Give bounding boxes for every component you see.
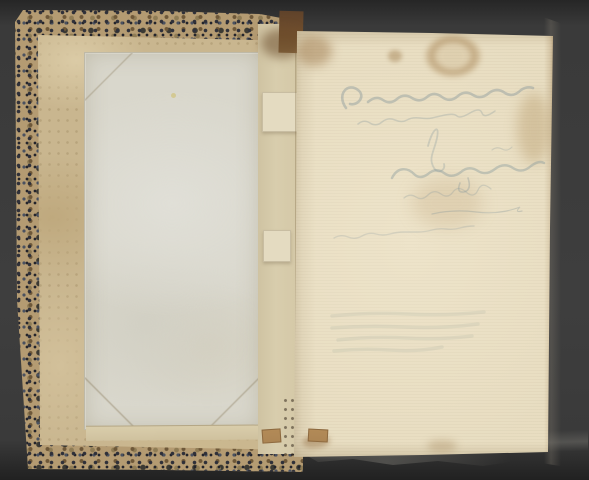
showthrough-handwriting (292, 28, 556, 458)
endpaper-panel (84, 52, 260, 430)
paper-speck (171, 93, 176, 98)
binding-stub-middle (263, 230, 291, 262)
flyleaf-page (292, 28, 556, 458)
tape-fragment-right (308, 428, 329, 442)
binding-stub-top (262, 92, 300, 132)
book-scan (0, 0, 589, 480)
gutter-top-stain (261, 28, 303, 58)
tape-fragment-left (262, 428, 282, 443)
endpaper-bevel-corner (207, 377, 259, 429)
